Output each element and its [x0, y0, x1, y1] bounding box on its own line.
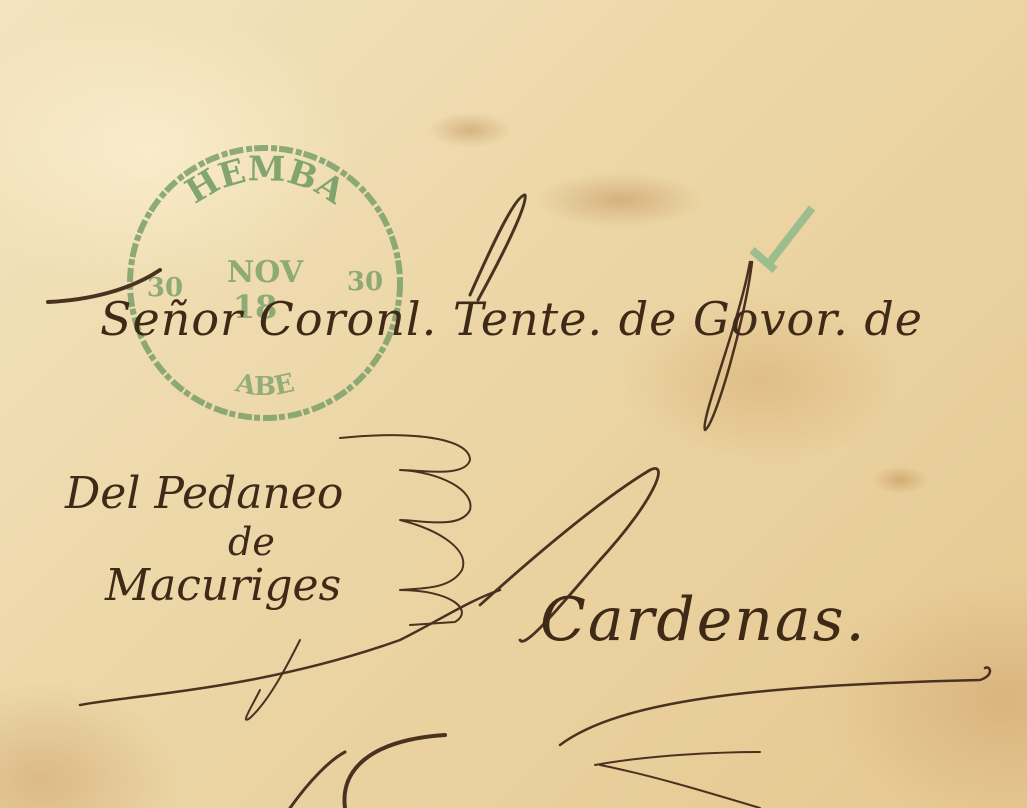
sender-line-2: de [228, 520, 275, 564]
handwriting-flourishes [0, 0, 1027, 808]
sender-line-1: Del Pedaneo [65, 468, 343, 519]
destination-city: Cardenas. [540, 585, 867, 655]
sender-line-3: Macuriges [105, 560, 341, 611]
address-salutation-line: Señor Coronl. Tente. de Govor. de [100, 292, 923, 346]
